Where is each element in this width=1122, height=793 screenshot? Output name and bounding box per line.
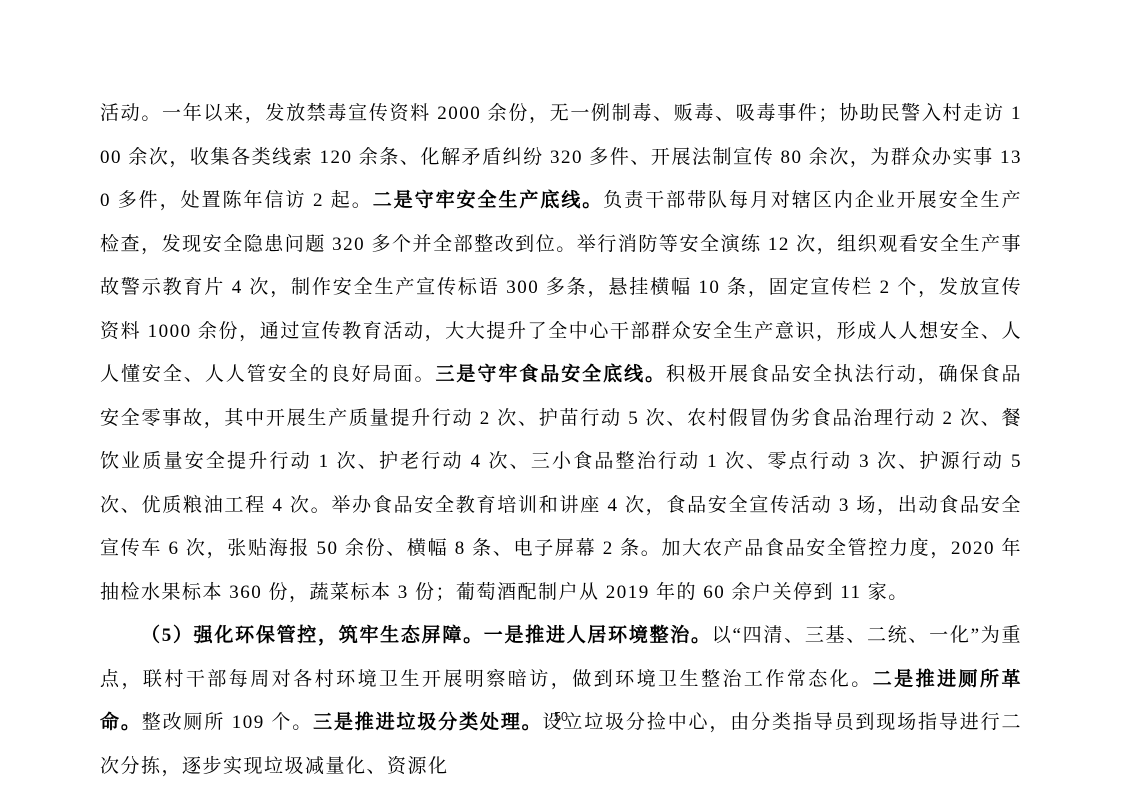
text-run: 积极开展食品安全执法行动，确保食品安全零事故，其中开展生产质量提升行动 2 次、… xyxy=(100,364,1022,603)
paragraph-safety-and-food: 活动。一年以来，发放禁毒宣传资料 2000 余份，无一例制毒、贩毒、吸毒事件；协… xyxy=(100,92,1022,614)
text-run-bold: 三是守牢食品安全底线。 xyxy=(435,364,666,385)
text-run-bold: （5）强化环保管控，筑牢生态屏障。一是推进人居环境整治。 xyxy=(141,625,712,646)
document-body: 活动。一年以来，发放禁毒宣传资料 2000 余份，无一例制毒、贩毒、吸毒事件；协… xyxy=(100,92,1022,788)
text-run-bold: 二是守牢安全生产底线。 xyxy=(373,190,604,211)
document-page: 活动。一年以来，发放禁毒宣传资料 2000 余份，无一例制毒、贩毒、吸毒事件；协… xyxy=(0,0,1122,793)
paragraph-environment: （5）强化环保管控，筑牢生态屏障。一是推进人居环境整治。以“四清、三基、二统、一… xyxy=(100,614,1022,788)
page-number: 50 xyxy=(0,710,1122,724)
text-run: 负责干部带队每月对辖区内企业开展安全生产检查，发现安全隐患问题 320 多个并全… xyxy=(100,190,1022,385)
